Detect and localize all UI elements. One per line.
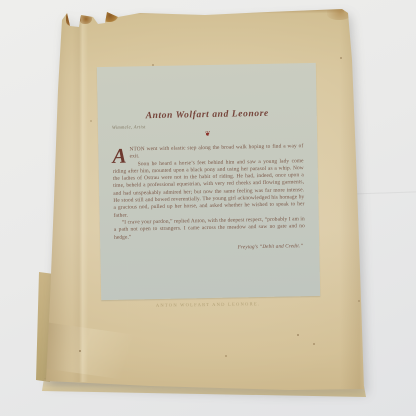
- photo-backdrop: Anton Wolfart and Leonore Wimmele, Artis…: [0, 0, 416, 416]
- book-page-wrapper: Anton Wolfart and Leonore Wimmele, Artis…: [0, 0, 416, 416]
- book-page: Anton Wolfart and Leonore Wimmele, Artis…: [0, 0, 416, 416]
- paper-vignette: [0, 0, 416, 416]
